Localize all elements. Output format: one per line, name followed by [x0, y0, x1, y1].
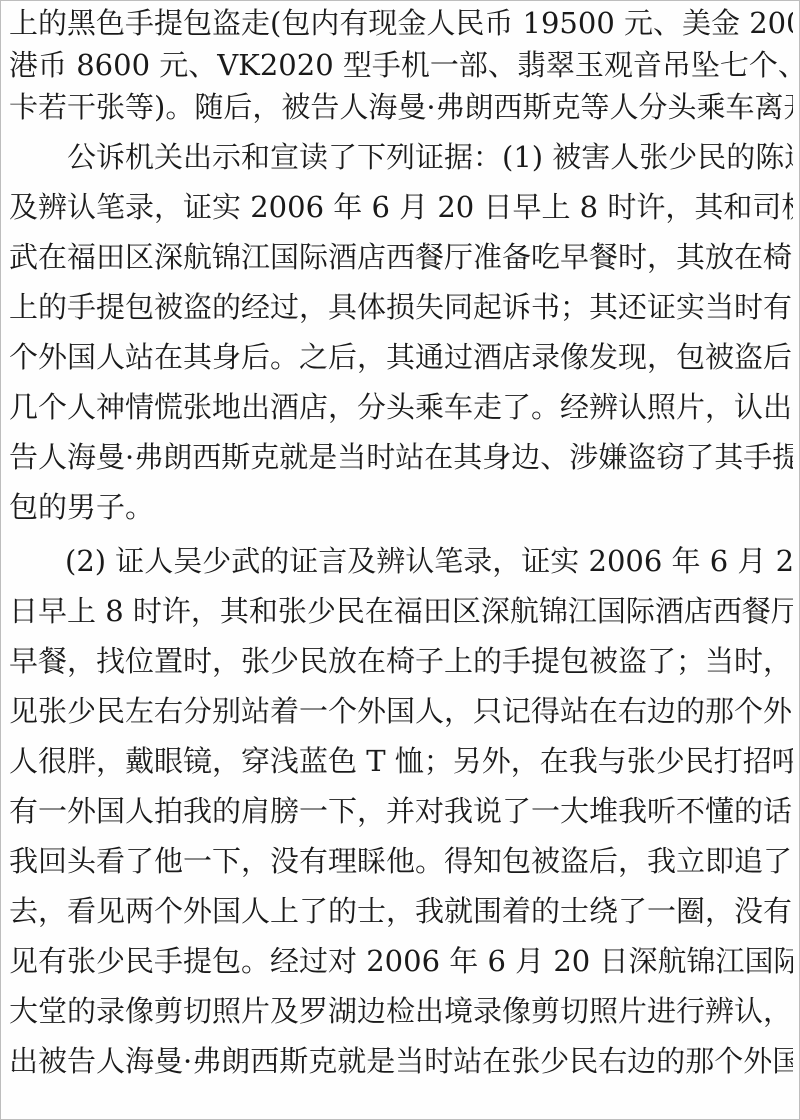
text-line: 大堂的录像剪切照片及罗湖边检出境录像剪切照片进行辨认，认 [9, 991, 793, 1031]
text-line: 日早上 8 时许，其和张少民在福田区深航锦江国际酒店西餐厅吃 [9, 591, 793, 631]
text-line: 有一外国人拍我的肩膀一下，并对我说了一大堆我听不懂的话， [9, 791, 793, 831]
text-line: 见张少民左右分别站着一个外国人，只记得站在右边的那个外国 [9, 691, 793, 731]
paragraph-start-witness-testimony: (2) 证人吴少武的证言及辨认笔录，证实 2006 年 6 月 20 [65, 541, 793, 581]
text-line: 个外国人站在其身后。之后，其通过酒店录像发现，包被盗后， [9, 337, 793, 377]
text-line: 告人海曼·弗朗西斯克就是当时站在其身边、涉嫌盗窃了其手提 [9, 437, 793, 477]
text-line: 我回头看了他一下，没有理睬他。得知包被盗后，我立即追了出 [9, 841, 793, 881]
text-line: 出被告人海曼·弗朗西斯克就是当时站在张少民右边的那个外国 [9, 1041, 793, 1081]
text-line: 及辨认笔录，证实 2006 年 6 月 20 日早上 8 时许，其和司机吴少 [9, 187, 793, 227]
paragraph-start-evidence-intro: 公诉机关出示和宣读了下列证据：(1) 被害人张少民的陈述 [67, 137, 793, 177]
scanned-document-page: 上的黑色手提包盗走(包内有现金人民币 19500 元、美金 2000 元、 港币… [0, 0, 800, 1120]
text-line: 卡若干张等)。随后，被告人海曼·弗朗西斯克等人分头乘车离开。 [9, 87, 793, 127]
text-line: 早餐，找位置时，张少民放在椅子上的手提包被盗了；当时，看 [9, 641, 793, 681]
text-line: 上的手提包被盗的经过，具体损失同起诉书；其还证实当时有几 [9, 287, 793, 327]
text-line: 上的黑色手提包盗走(包内有现金人民币 19500 元、美金 2000 元、 [9, 3, 793, 43]
text-line: 几个人神情慌张地出酒店，分头乘车走了。经辨认照片，认出被 [9, 387, 793, 427]
text-line: 武在福田区深航锦江国际酒店西餐厅准备吃早餐时，其放在椅子 [9, 237, 793, 277]
text-line: 港币 8600 元、VK2020 型手机一部、翡翠玉观音吊坠七个、银行 [9, 45, 793, 85]
text-line: 见有张少民手提包。经过对 2006 年 6 月 20 日深航锦江国际酒店 [9, 941, 793, 981]
text-line: 去，看见两个外国人上了的士，我就围着的士绕了一圈，没有看 [9, 891, 793, 931]
paragraph-end-line: 包的男子。 [9, 487, 793, 527]
text-line: 人很胖，戴眼镜，穿浅蓝色 T 恤；另外，在我与张少民打招呼时， [9, 741, 793, 781]
